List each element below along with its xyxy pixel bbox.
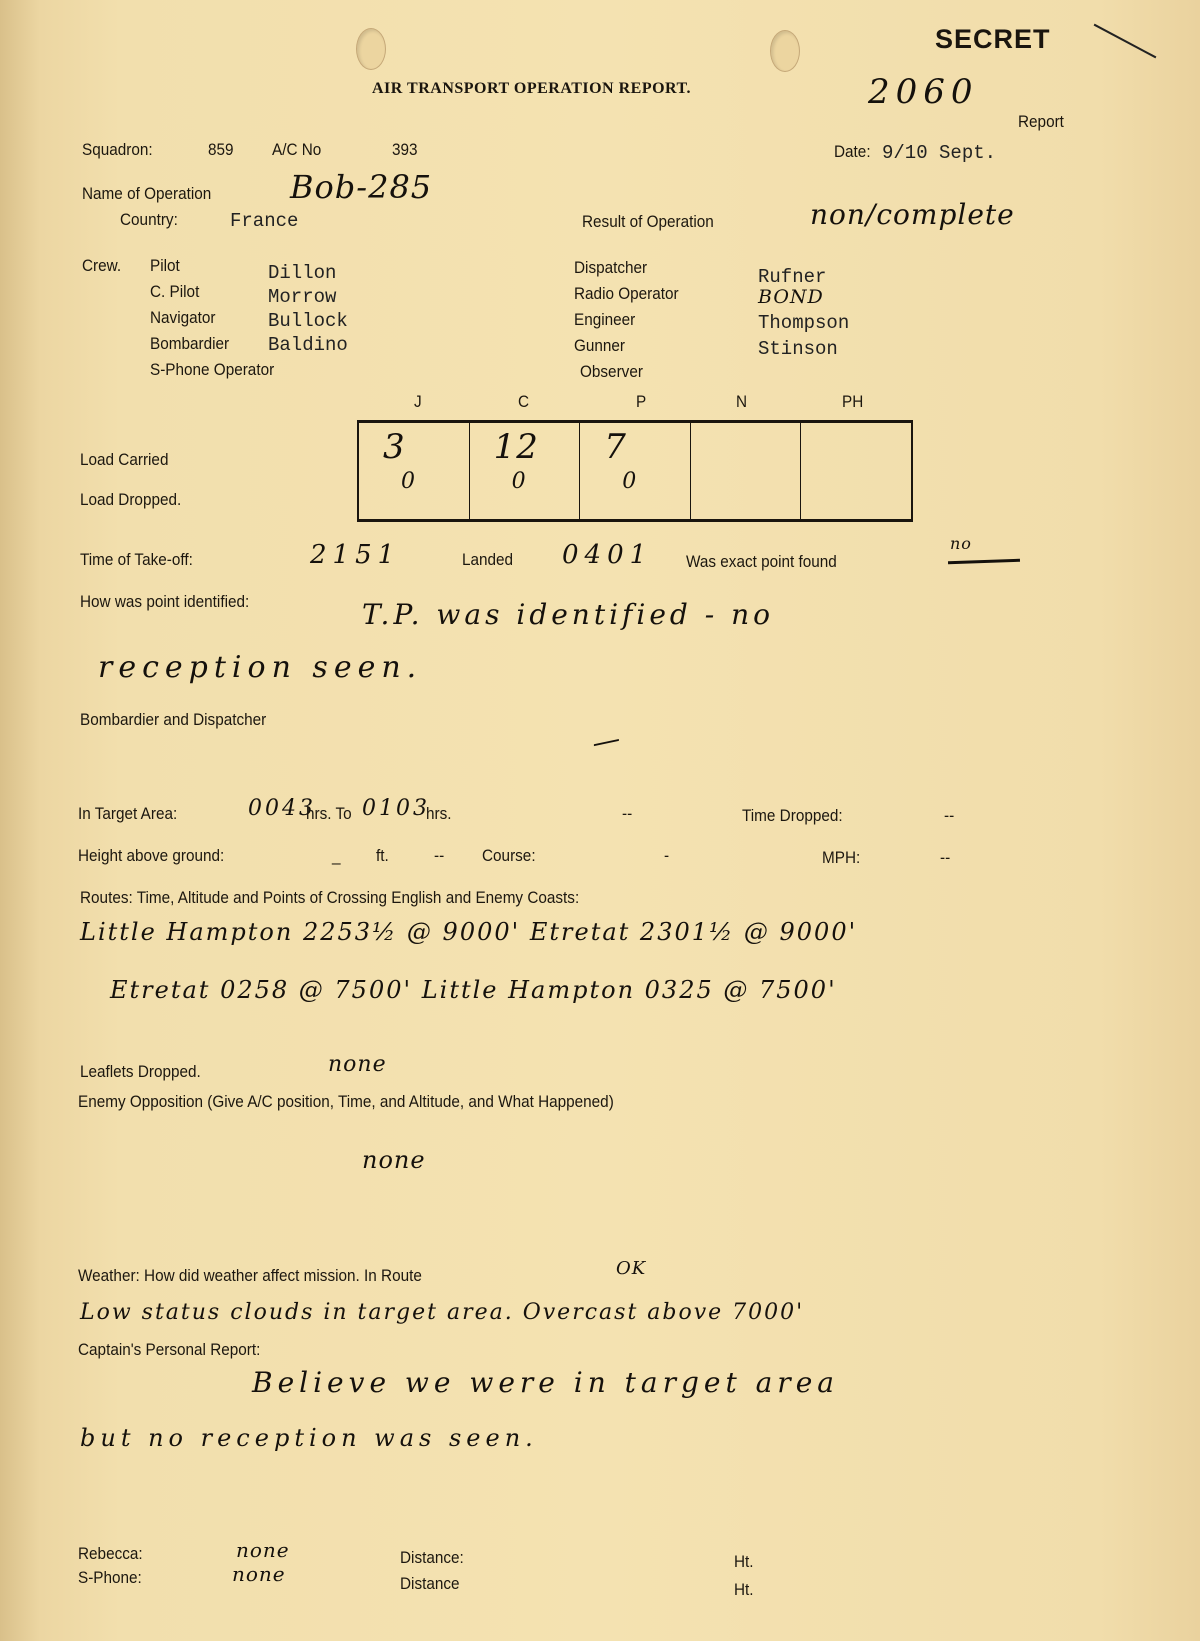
distance-label-1: Distance: [400, 1548, 464, 1568]
report-label: Report [1018, 112, 1064, 132]
crew-name-bombardier: Baldino [268, 334, 348, 356]
crew-role-gunner: Gunner [574, 336, 625, 356]
rebecca-value: none [236, 1538, 290, 1562]
exact-point-label: Was exact point found [686, 552, 837, 572]
load-dropped-label: Load Dropped. [80, 490, 181, 510]
course-dash: -- [434, 846, 444, 866]
ht-label-2: Ht. [734, 1580, 754, 1600]
load-cell-j: 3 0 [359, 423, 470, 519]
sphone-label: S-Phone: [78, 1568, 142, 1588]
load-col-p: P [636, 392, 646, 412]
crew-role-copilot: C. Pilot [150, 282, 199, 302]
load-cell-n [691, 423, 802, 519]
load-col-c: C [518, 392, 529, 412]
weather-line: Low status clouds in target area. Overca… [80, 1300, 804, 1325]
time-dropped-label: Time Dropped: [742, 806, 843, 826]
course-label: Course: [482, 846, 536, 866]
routes-line2: Etretat 0258 @ 7500' Little Hampton 0325… [110, 976, 837, 1004]
result-value: non/complete [810, 198, 1015, 231]
opposition-label: Enemy Opposition (Give A/C position, Tim… [78, 1092, 614, 1112]
load-cell-c: 12 0 [470, 423, 581, 519]
crew-role-dispatcher: Dispatcher [574, 258, 647, 278]
height-label: Height above ground: [78, 846, 224, 866]
dropped-j: 0 [401, 469, 416, 494]
identification-line1: T.P. was identified - no [362, 598, 774, 631]
target-to: 0103 [362, 796, 430, 821]
takeoff-value: 2151 [310, 540, 400, 570]
course-value: - [664, 846, 669, 866]
exact-point-value: no [950, 534, 972, 553]
date-value: 9/10 Sept. [882, 142, 996, 164]
captain-line1: Believe we were in target area [252, 1366, 839, 1399]
corner-mark [1094, 24, 1157, 59]
landed-label: Landed [462, 550, 513, 570]
dropped-c: 0 [512, 469, 527, 494]
result-label: Result of Operation [582, 212, 714, 232]
punch-hole-right [770, 30, 800, 72]
punch-hole-left [356, 28, 386, 70]
takeoff-label: Time of Take-off: [80, 550, 193, 570]
dropped-p: 0 [622, 469, 637, 494]
weather-in-route: OK [616, 1258, 646, 1279]
crew-name-engineer: Thompson [758, 312, 849, 334]
report-number: 2060 [868, 72, 979, 112]
exact-point-mark [948, 559, 1020, 565]
ht-label-1: Ht. [734, 1552, 754, 1572]
squadron-value: 859 [208, 140, 234, 160]
crew-role-navigator: Navigator [150, 308, 215, 328]
captain-line2: but no reception was seen. [80, 1424, 538, 1452]
target-hrs: hrs. [426, 804, 452, 824]
load-cell-p: 7 0 [580, 423, 691, 519]
load-carried-label: Load Carried [80, 450, 168, 470]
target-area-label: In Target Area: [78, 804, 177, 824]
load-cell-ph [801, 423, 911, 519]
target-hrs-to: hrs. To [306, 804, 352, 824]
report-title: AIR TRANSPORT OPERATION REPORT. [372, 80, 691, 98]
country-value: France [230, 210, 298, 232]
operation-value: Bob-285 [290, 168, 432, 206]
crew-name-radio: BOND [758, 286, 824, 308]
bombardier-value: — [589, 721, 624, 759]
leaflets-value: none [328, 1052, 387, 1077]
bombardier-label: Bombardier and Dispatcher [80, 710, 266, 730]
crew-role-sphone: S-Phone Operator [150, 360, 274, 380]
squadron-label: Squadron: [82, 140, 153, 160]
load-col-ph: PH [842, 392, 863, 412]
carried-c: 12 [494, 427, 539, 467]
sphone-value: none [232, 1562, 286, 1586]
target-dash: -- [622, 804, 632, 824]
crew-name-dispatcher: Rufner [758, 266, 826, 288]
weather-label: Weather: How did weather affect mission.… [78, 1266, 422, 1286]
landed-value: 0401 [562, 540, 652, 570]
crew-role-observer: Observer [580, 362, 643, 382]
load-table: 3 0 12 0 7 0 [357, 420, 913, 522]
crew-role-engineer: Engineer [574, 310, 635, 330]
distance-label-2: Distance [400, 1574, 460, 1594]
identification-line2: reception seen. [98, 650, 422, 685]
carried-p: 7 [604, 427, 627, 467]
crew-role-bombardier: Bombardier [150, 334, 229, 354]
crew-role-pilot: Pilot [150, 256, 180, 276]
crew-role-radio: Radio Operator [574, 284, 679, 304]
load-col-n: N [736, 392, 747, 412]
opposition-value: none [362, 1146, 426, 1174]
mph-value: -- [940, 848, 950, 868]
routes-label: Routes: Time, Altitude and Points of Cro… [80, 888, 579, 908]
ac-no-label: A/C No [272, 140, 321, 160]
ac-no-value: 393 [392, 140, 418, 160]
routes-line1: Little Hampton 2253½ @ 9000' Etretat 230… [80, 918, 857, 946]
height-value: _ [332, 846, 341, 866]
crew-name-copilot: Morrow [268, 286, 336, 308]
rebecca-label: Rebecca: [78, 1544, 143, 1564]
crew-label: Crew. [82, 256, 121, 276]
height-ft: ft. [376, 846, 389, 866]
leaflets-label: Leaflets Dropped. [80, 1062, 201, 1082]
operation-label: Name of Operation [82, 184, 211, 204]
classification-stamp: SECRET [935, 24, 1051, 55]
crew-name-gunner: Stinson [758, 338, 838, 360]
captain-label: Captain's Personal Report: [78, 1340, 260, 1360]
load-col-j: J [414, 392, 422, 412]
country-label: Country: [120, 210, 178, 230]
identification-label: How was point identified: [80, 592, 249, 612]
crew-name-pilot: Dillon [268, 262, 336, 284]
carried-j: 3 [383, 427, 406, 467]
crew-name-navigator: Bullock [268, 310, 348, 332]
time-dropped-value: -- [944, 806, 954, 826]
date-label: Date: [834, 142, 871, 162]
mph-label: MPH: [822, 848, 860, 868]
